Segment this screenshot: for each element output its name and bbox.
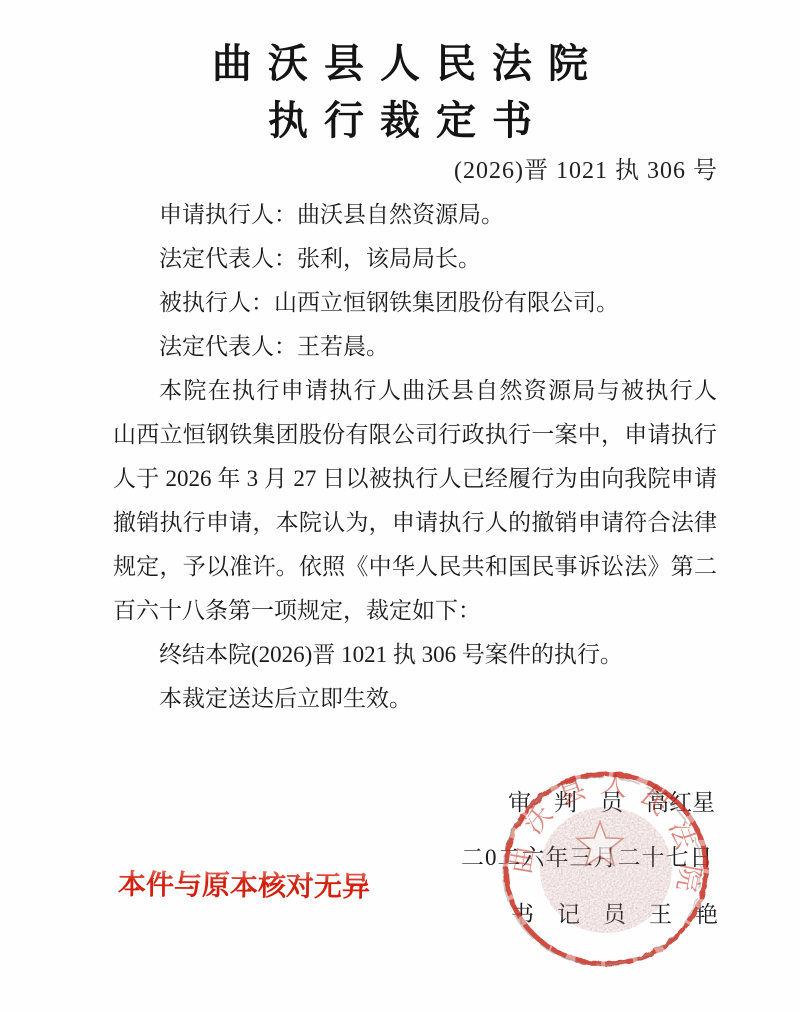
body-line: 法定代表人：王若晨。 — [113, 325, 717, 369]
body-line: 本裁定送达后立即生效。 — [113, 677, 717, 721]
body-line: 百六十八条第一项规定，裁定如下： — [113, 589, 717, 633]
body-line: 法定代表人：张利，该局局长。 — [113, 237, 717, 281]
clerk-signature-line: 书 记 员 王 艳 — [511, 893, 718, 937]
judge-name: 高红星 — [646, 790, 715, 815]
verification-stamp: 本件与原本核对无异 — [118, 863, 370, 906]
court-name-title: 曲沃县人民法院 — [0, 36, 800, 92]
body-text: 申请执行人：曲沃县自然资源局。法定代表人：张利，该局局长。被执行人：山西立恒钢铁… — [113, 193, 717, 721]
clerk-title: 书 记 员 — [511, 902, 626, 927]
document-page: 曲沃县人民法院 执行裁定书 (2026)晋 1021 执 306 号 申请执行人… — [0, 0, 800, 1013]
body-line: 山西立恒钢铁集团股份有限公司行政执行一案中，申请执行 — [113, 413, 717, 457]
judge-title: 审 判 员 — [508, 790, 623, 815]
body-line: 规定，予以准许。依照《中华人民共和国民事诉讼法》第二 — [113, 545, 717, 589]
body-line: 人于 2026 年 3 月 27 日以被执行人已经履行为由向我院申请 — [113, 457, 717, 501]
body-line: 终结本院(2026)晋 1021 执 306 号案件的执行。 — [113, 633, 717, 677]
ruling-date: 二0二六年三月二十七日 — [461, 836, 714, 880]
body-line: 本院在执行申请执行人曲沃县自然资源局与被执行人 — [113, 369, 717, 413]
judge-name-gap — [623, 790, 646, 815]
judge-signature-line: 审 判 员 高红星 — [508, 781, 715, 825]
body-line: 撤销执行申请，本院认为，申请执行人的撤销申请符合法律 — [113, 501, 717, 545]
document-type-title: 执行裁定书 — [0, 93, 800, 149]
case-number: (2026)晋 1021 执 306 号 — [454, 154, 718, 188]
body-line: 申请执行人：曲沃县自然资源局。 — [113, 193, 717, 237]
clerk-name: 王 艳 — [649, 902, 718, 927]
clerk-name-gap — [626, 902, 649, 927]
body-line: 被执行人：山西立恒钢铁集团股份有限公司。 — [113, 281, 717, 325]
